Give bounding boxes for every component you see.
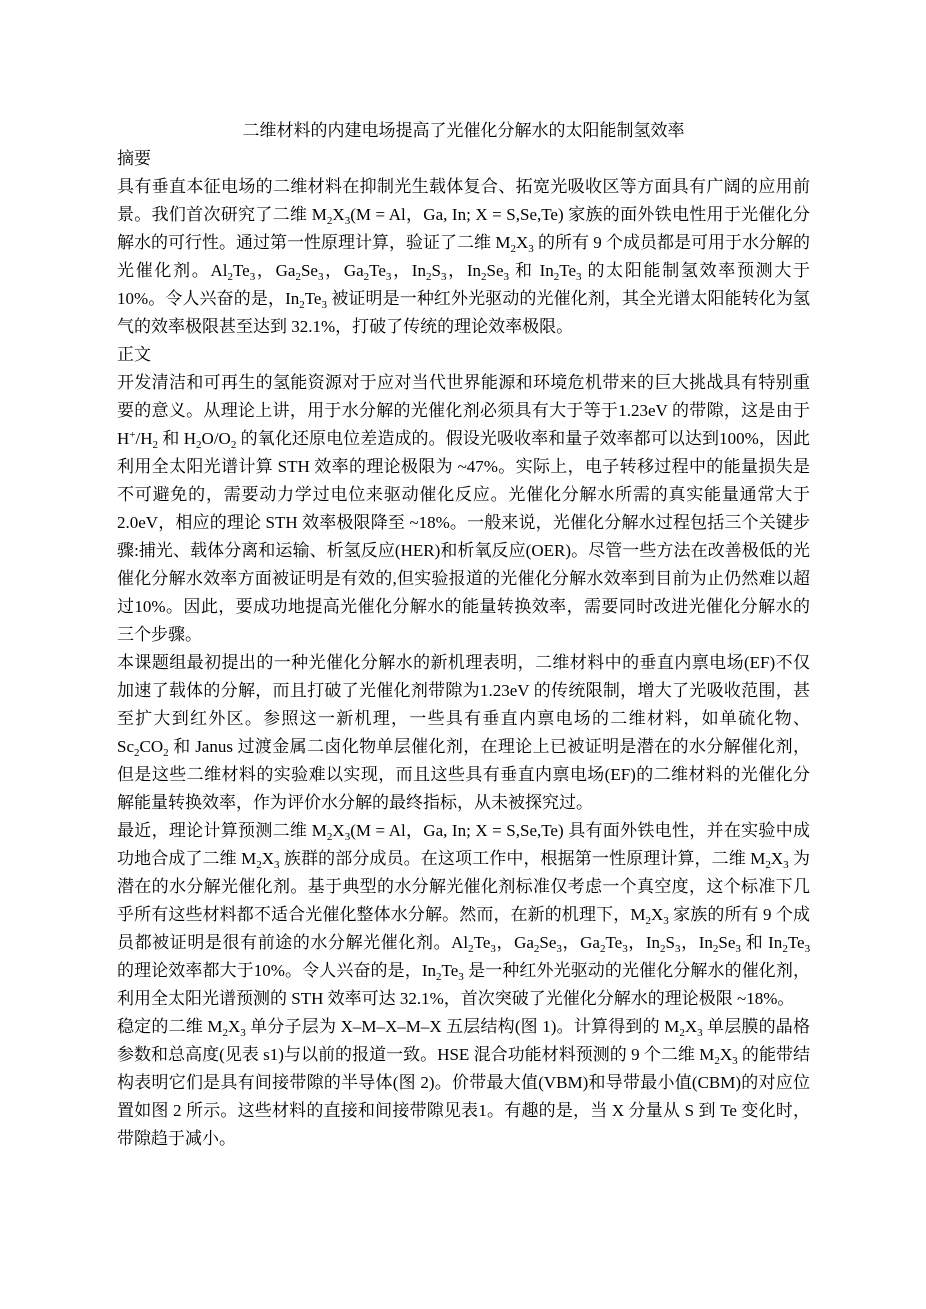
intro-paragraph: 开发清洁和可再生的氢能资源对于应对当代世界能源和环境危机带来的巨大挑战具有特别重… xyxy=(117,369,810,649)
body-heading: 正文 xyxy=(117,341,810,369)
structure-paragraph: 稳定的二维 M2X3 单分子层为 X–M–X–M–X 五层结构(图 1)。计算得… xyxy=(117,1013,810,1153)
abstract-heading: 摘要 xyxy=(117,145,810,173)
abstract-paragraph: 具有垂直本征电场的二维材料在抑制光生载体复合、拓宽光吸收区等方面具有广阔的应用前… xyxy=(117,173,810,341)
mechanism-paragraph: 本课题组最初提出的一种光催化分解水的新机理表明，二维材料中的垂直内禀电场(EF)… xyxy=(117,649,810,817)
document-title: 二维材料的内建电场提高了光催化分解水的太阳能制氢效率 xyxy=(117,117,810,145)
results-paragraph: 最近，理论计算预测二维 M2X3(M = Al，Ga, In; X = S,Se… xyxy=(117,817,810,1013)
document-page: 二维材料的内建电场提高了光催化分解水的太阳能制氢效率 摘要 具有垂直本征电场的二… xyxy=(0,0,926,1309)
